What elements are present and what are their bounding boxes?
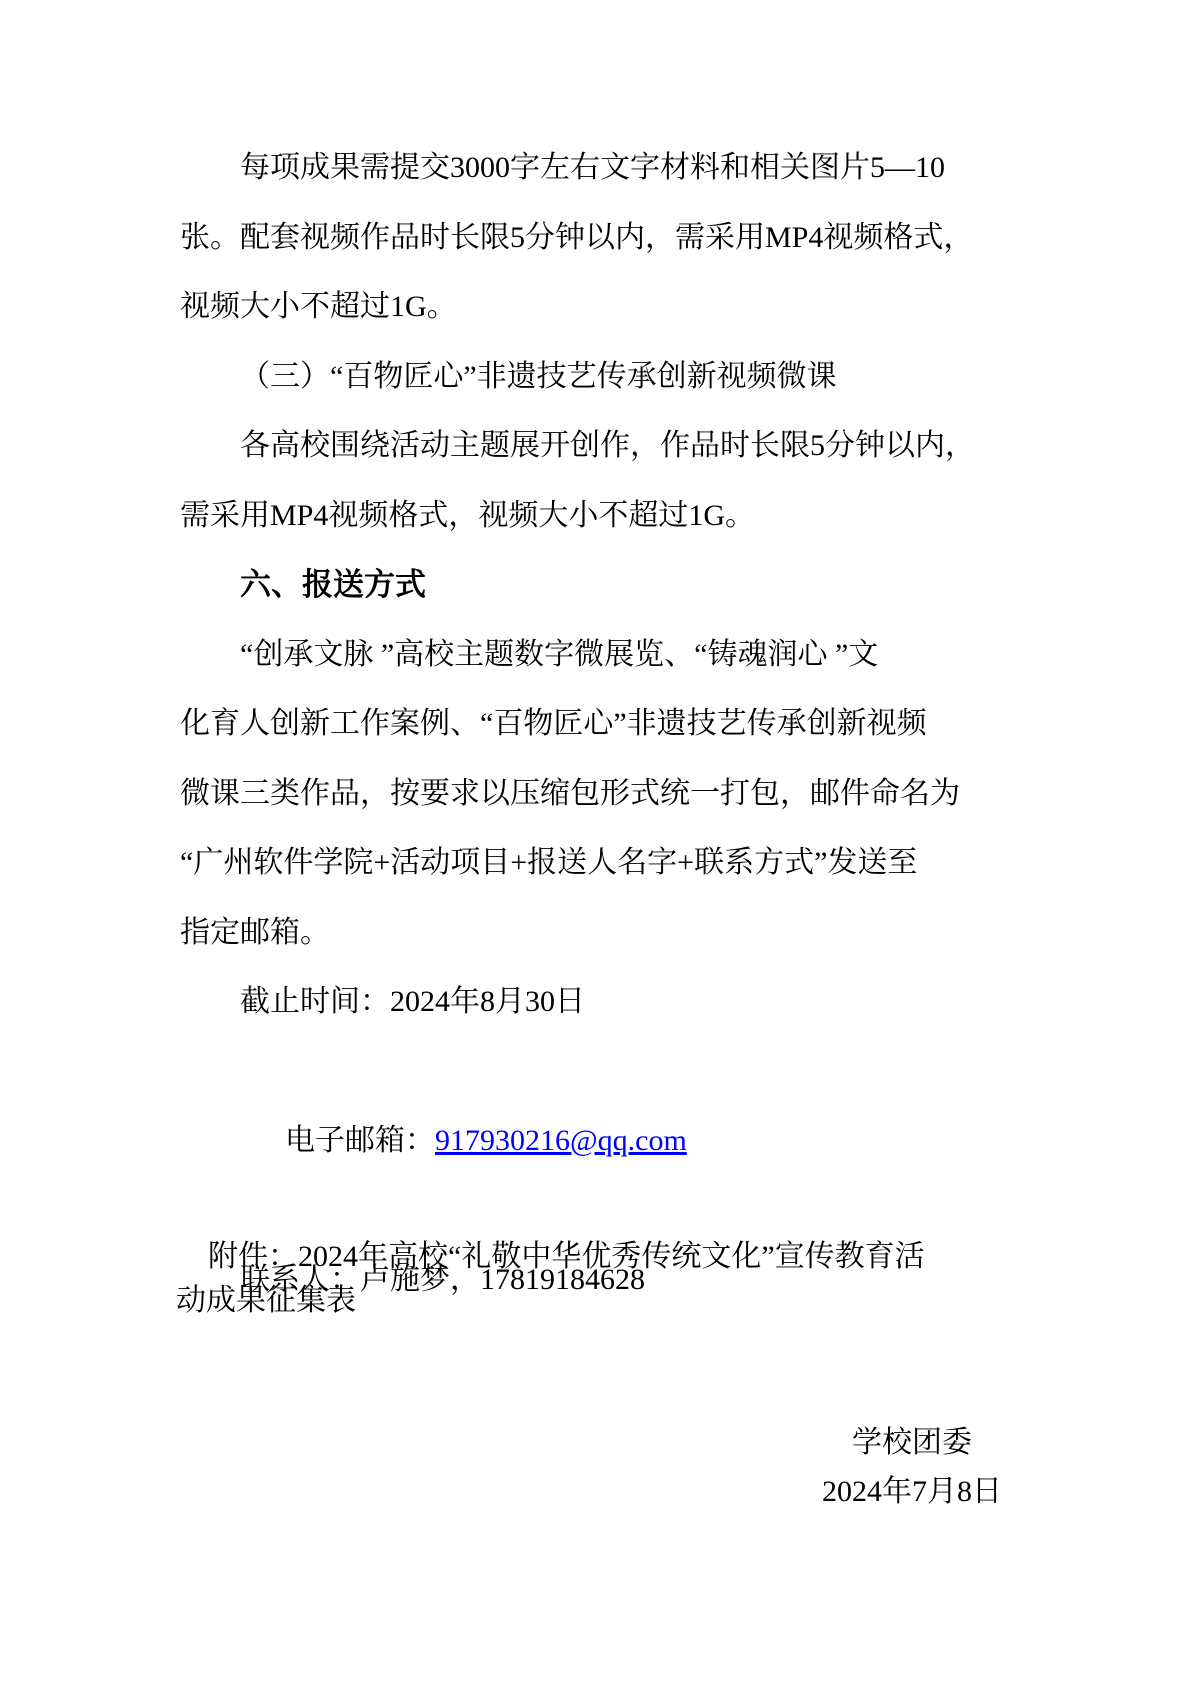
paragraph-line: “创承文脉 ”高校主题数字微展览、“铸魂润心 ”文 — [180, 620, 1080, 690]
email-link[interactable]: 917930216@qq.com — [435, 1124, 687, 1157]
attachment-line: 附件：2024年高校“礼敬中华优秀传统文化”宣传教育活 — [176, 1235, 1076, 1279]
document-body: 每项成果需提交3000字左右文字材料和相关图片5—10 张。配套视频作品时长限5… — [180, 133, 1080, 1315]
email-line: 电子邮箱：917930216@qq.com — [180, 1037, 1080, 1246]
paragraph-line: 每项成果需提交3000字左右文字材料和相关图片5—10 — [180, 133, 1080, 203]
paragraph-line: 指定邮箱。 — [180, 898, 1080, 968]
email-label: 电子邮箱： — [285, 1124, 435, 1157]
paragraph-line: 微课三类作品，按要求以压缩包形式统一打包，邮件命名为 — [180, 759, 1080, 829]
subsection-title-line: （三）“百物匠心”非遗技艺传承创新视频微课 — [180, 342, 1080, 412]
attachment-note: 附件：2024年高校“礼敬中华优秀传统文化”宣传教育活 动成果征集表 — [176, 1235, 1076, 1323]
document-page: 每项成果需提交3000字左右文字材料和相关图片5—10 张。配套视频作品时长限5… — [0, 0, 1191, 1684]
signature-date: 2024年7月8日 — [812, 1467, 1012, 1516]
paragraph-line: 各高校围绕活动主题展开创作，作品时长限5分钟以内， — [180, 411, 1080, 481]
deadline-line: 截止时间：2024年8月30日 — [180, 967, 1080, 1037]
paragraph-line: “广州软件学院+活动项目+报送人名字+联系方式”发送至 — [180, 828, 1080, 898]
signature-org: 学校团委 — [812, 1418, 1012, 1467]
paragraph-line: 需采用MP4视频格式，视频大小不超过1G。 — [180, 481, 1080, 551]
attachment-line: 动成果征集表 — [176, 1279, 1076, 1323]
paragraph-line: 视频大小不超过1G。 — [180, 272, 1080, 342]
paragraph-line: 化育人创新工作案例、“百物匠心”非遗技艺传承创新视频 — [180, 689, 1080, 759]
paragraph-line: 张。配套视频作品时长限5分钟以内，需采用MP4视频格式， — [180, 203, 1080, 273]
signature-block: 学校团委 2024年7月8日 — [812, 1418, 1012, 1516]
section-heading: 六、报送方式 — [180, 550, 1080, 620]
